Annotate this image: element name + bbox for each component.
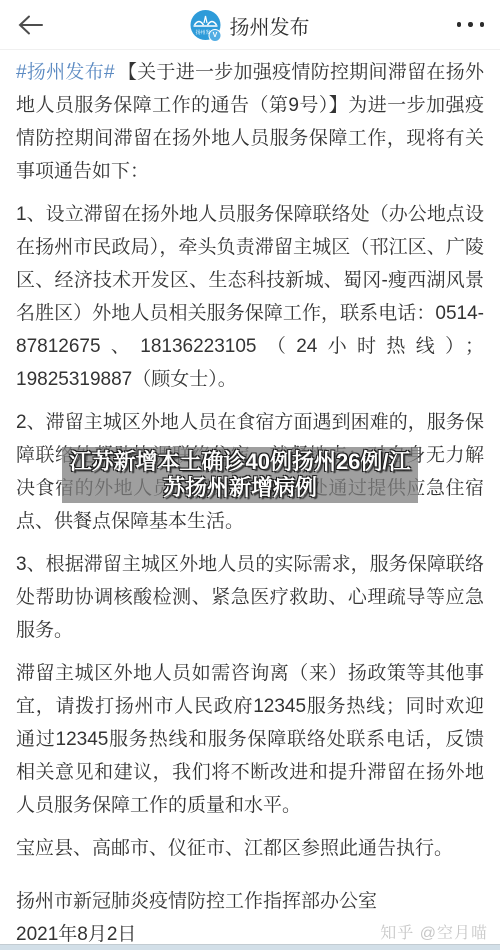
back-button[interactable]: [16, 9, 48, 41]
more-dots-icon: [468, 22, 473, 27]
header: 扬州发布 V 扬州发布: [0, 0, 500, 50]
zhihu-watermark: 知乎 @空月喵: [380, 920, 488, 943]
more-menu-button[interactable]: [457, 16, 485, 33]
profile-header[interactable]: 扬州发布 V 扬州发布: [191, 0, 310, 50]
avatar[interactable]: 扬州发布 V: [191, 10, 221, 40]
bottom-next-card-edge: [0, 944, 500, 950]
signature-org: 扬州市新冠肺炎疫情防控工作指挥部办公室: [16, 885, 484, 918]
post-paragraph-3: 3、根据滞留主城区外地人员的实际需求，服务保障联络处帮助协调核酸检测、紧急医疗救…: [16, 548, 484, 647]
post-paragraph-4: 滞留主城区外地人员如需咨询离（来）扬政策等其他事宜，请拨打扬州市人民政府1234…: [16, 657, 484, 822]
post-paragraph-5: 宝应县、高邮市、仪征市、江都区参照此通告执行。: [16, 832, 484, 865]
more-dots-icon: [480, 22, 485, 27]
weibo-post-screen: 扬州发布 V 扬州发布 #扬州发布#【关于进一步加强疫情防控期间滞留在扬外地人员…: [0, 0, 500, 950]
verified-badge-icon: V: [209, 29, 222, 42]
post-paragraph-1: 1、设立滞留在扬外地人员服务保障联络处（办公地点设在扬州市民政局），牵头负责滞留…: [16, 198, 484, 396]
hashtag-link[interactable]: #扬州发布#: [16, 62, 115, 83]
page-title: 扬州发布: [230, 11, 310, 40]
back-arrow-icon: [16, 14, 44, 36]
overlay-watermark: 江苏新增本土确诊40例扬州26例/江苏扬州新增病例: [62, 447, 418, 503]
overlay-watermark-text: 江苏新增本土确诊40例扬州26例/江苏扬州新增病例: [66, 449, 414, 501]
post-intro: #扬州发布#【关于进一步加强疫情防控期间滞留在扬外地人员服务保障工作的通告（第9…: [16, 56, 484, 188]
more-dots-icon: [457, 22, 462, 27]
